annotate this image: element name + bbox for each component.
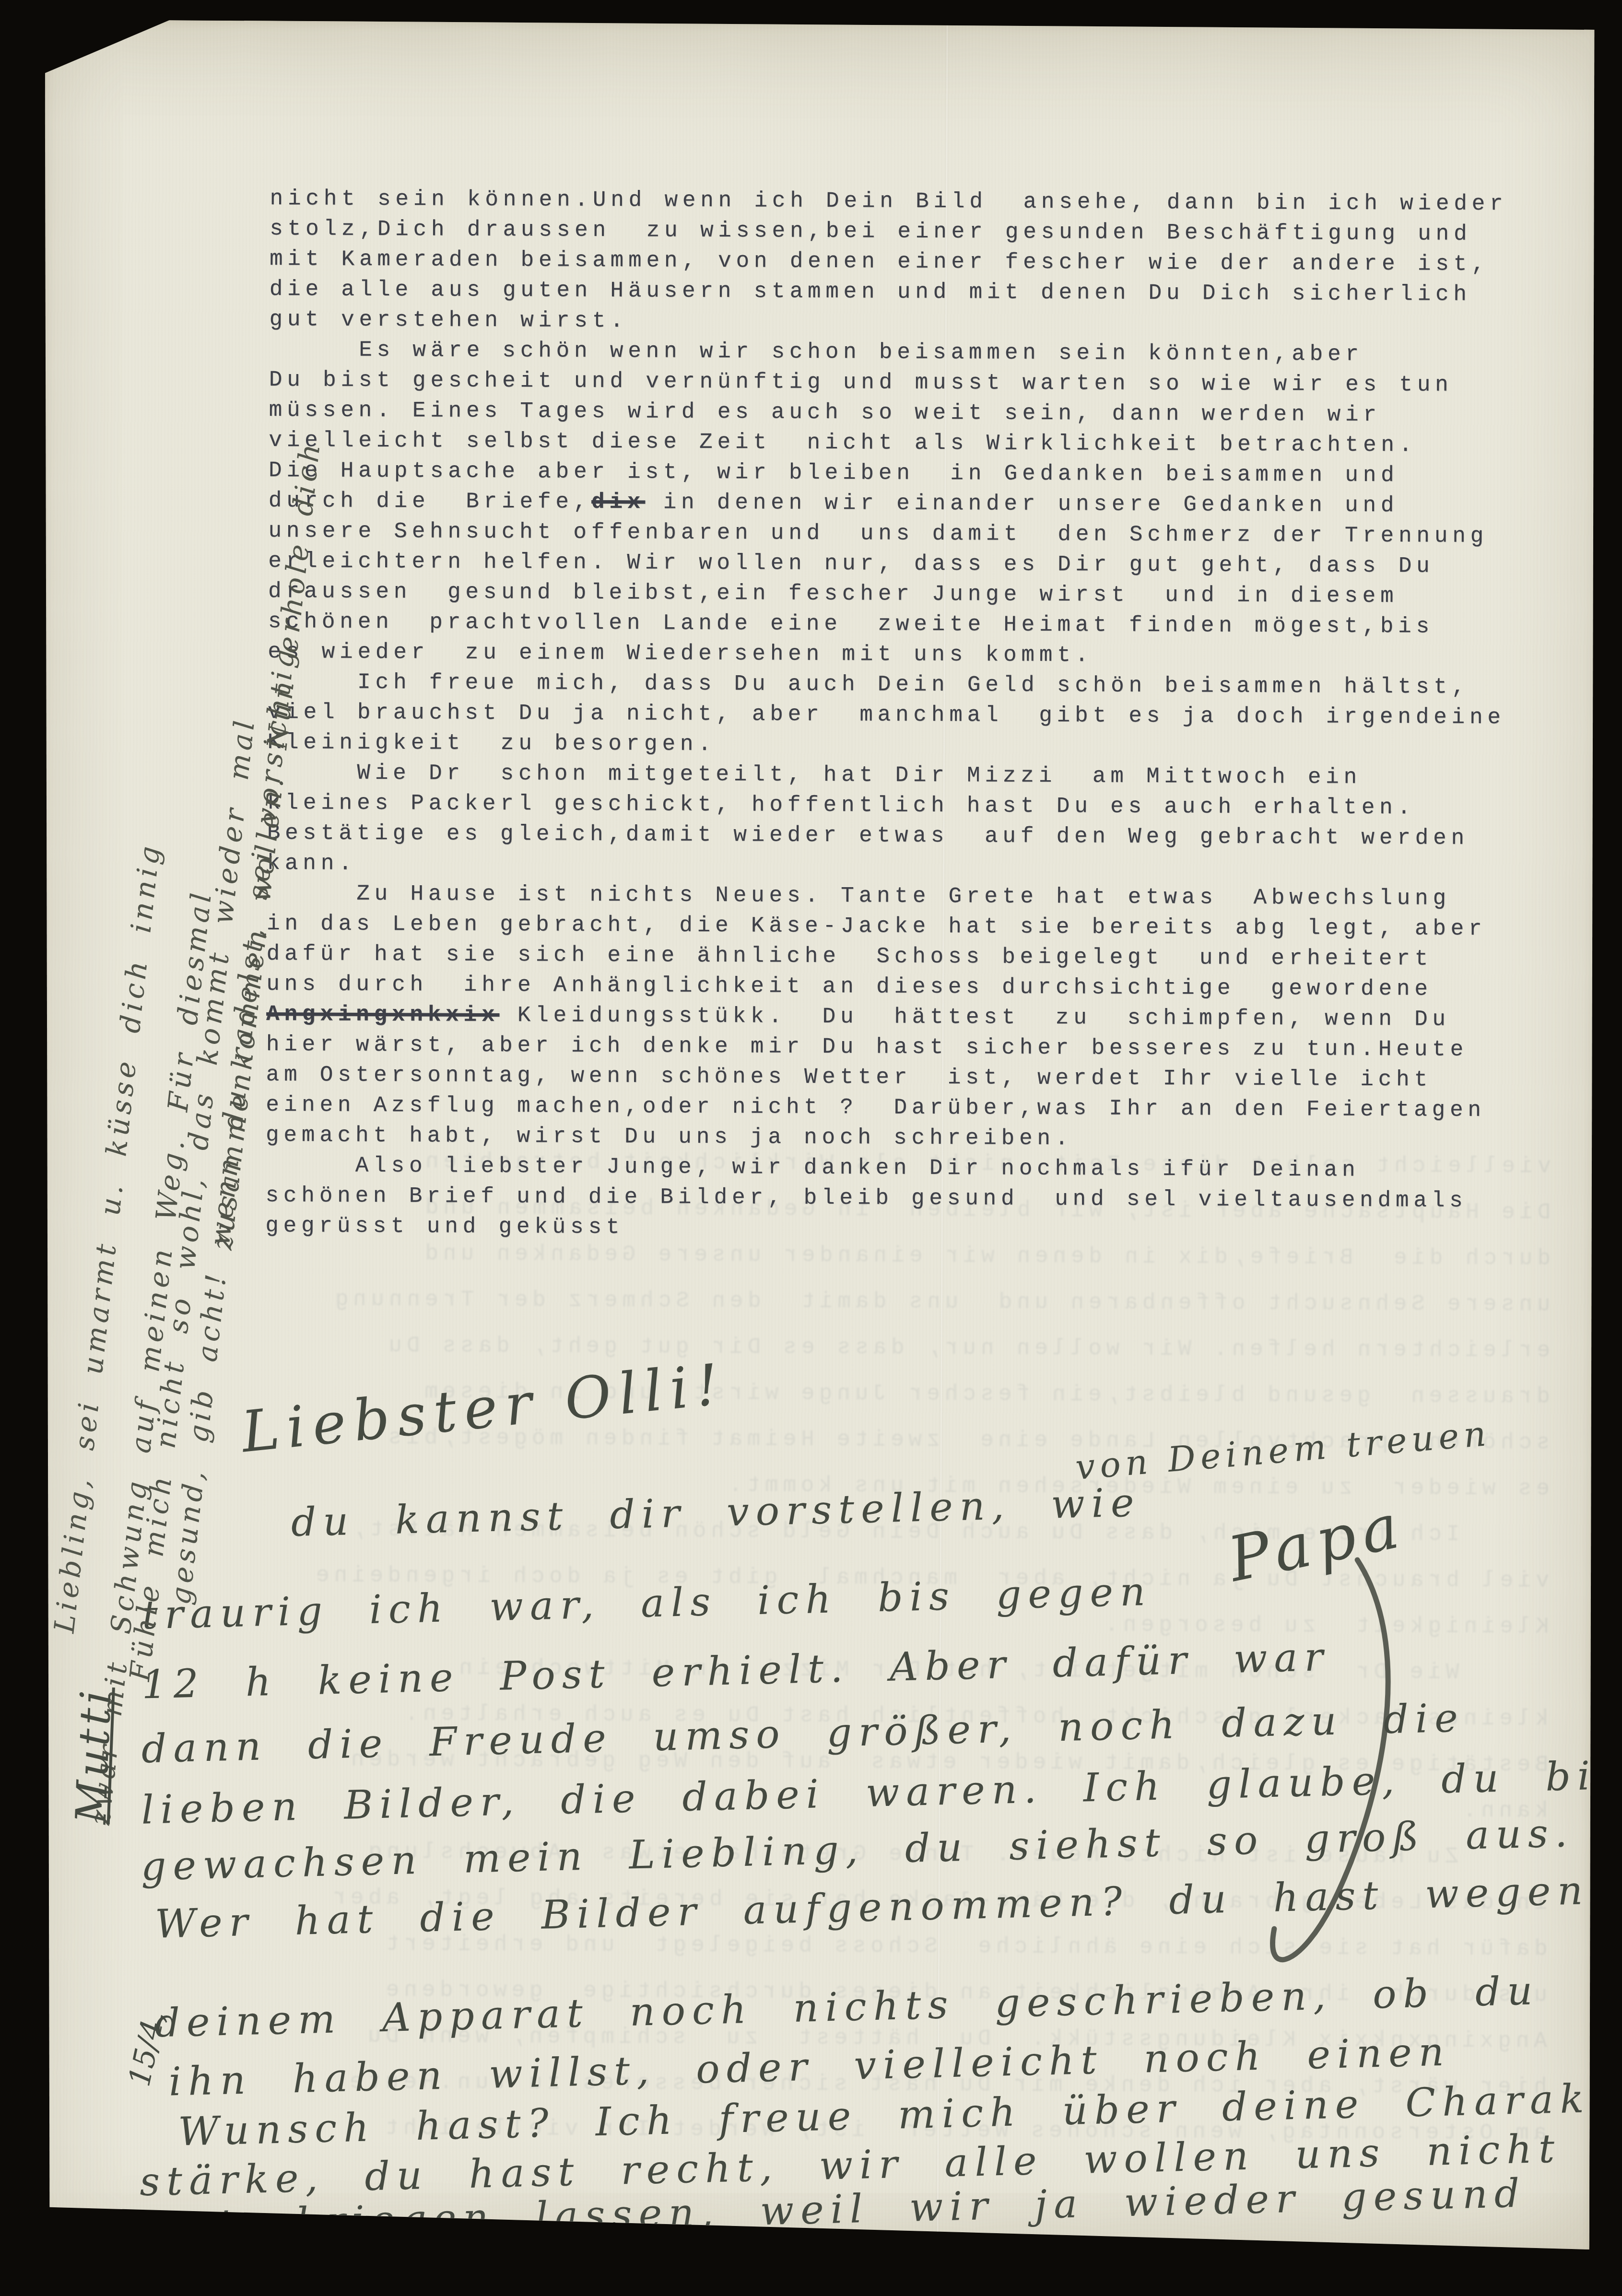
typed-line: einen Azsflug machen,oder nicht ? Darübe… <box>266 1090 1504 1125</box>
typed-line: hier wärst, aber ich denke mir Du hast s… <box>266 1030 1504 1065</box>
handwritten-body: du kannst dir vorstellen, wietraurig ich… <box>45 20 1599 26</box>
typed-line: viel brauchst Du ja nicht, aber manchmal… <box>268 697 1505 733</box>
typed-text: nicht sein können.Und wenn ich Dein Bild… <box>265 184 1508 1246</box>
mother-signature: Mutti <box>66 1686 121 1825</box>
typed-line: am Ostersonntag, wenn schönes Wetter ist… <box>266 1060 1504 1095</box>
typed-line: mit Kameraden beisammen, von denen einer… <box>270 244 1507 280</box>
typed-line: müssen. Eines Tages wird es auch so weit… <box>269 395 1506 431</box>
typed-line: schönen prachtvollen Lande eine zweite H… <box>268 607 1506 642</box>
typed-line: Du bist gescheit und vernünftig und muss… <box>269 365 1507 400</box>
typed-line: Bestätige es gleich,damit wieder etwas a… <box>267 818 1505 854</box>
margin-notes: zusammenkommen wollen. Nun erhole dichge… <box>45 20 1599 26</box>
typed-line: kann. <box>267 848 1504 884</box>
typed-line: dafür hat sie sich eine ähnliche Schoss … <box>267 939 1504 974</box>
father-signature: Papa <box>1222 1489 1411 1595</box>
typed-line: gut verstehen wirst. <box>269 305 1507 340</box>
handwritten-salutation: Liebster Olli! <box>238 1350 729 1465</box>
handwritten-closing: von Deinem treuen <box>1074 1413 1492 1488</box>
typed-line: Zu Hause ist nichts Neues. Tante Grete h… <box>267 879 1504 914</box>
typed-line: die alle aus guten Häusern stammen und m… <box>270 274 1507 310</box>
letter-paper: vielleicht selbst diese Zeit nicht als W… <box>35 20 1599 2256</box>
typed-line: kleines Packerl geschickt, hoffentlich h… <box>267 788 1505 823</box>
typed-line: schönen Brief und die Bilder, bleib gesu… <box>265 1181 1503 1216</box>
handwritten-line: traurig ich war, als ich bis gegen <box>141 1569 1152 1639</box>
typed-strikeout: dix <box>591 490 645 515</box>
typed-line: Angxingxnkxix Kleidungsstükk. Du hättest… <box>266 999 1504 1035</box>
typed-line: erleichtern helfen. Wir wollen nur, dass… <box>268 546 1506 582</box>
typed-line: gegrüsst und geküsst <box>265 1211 1503 1246</box>
typed-line: Wie Dr schon mitgeteilt, hat Dir Mizzi a… <box>267 758 1505 793</box>
scan-background: { "page": { "background_color": "#0c0a07… <box>0 0 1622 2296</box>
typed-line: nicht sein können.Und wenn ich Dein Bild… <box>270 184 1507 219</box>
typed-line: unsere Sehnsucht offenbaren und uns dami… <box>268 516 1506 551</box>
handwritten-line: 12 h keine Post erhielt. Aber dafür war <box>141 1634 1330 1708</box>
typed-line: Kleinigkeit zu besorgen. <box>267 727 1505 763</box>
typed-line: es wieder zu einem Wiedersehen mit uns k… <box>268 637 1505 672</box>
typed-line: durch die Briefe,dix in denen wir einand… <box>269 486 1506 521</box>
margin-date-note: 15/4, <box>121 2007 172 2089</box>
typed-line: gemacht habt, wirst Du uns ja noch schre… <box>266 1120 1504 1156</box>
typed-line: vielleicht selbst diese Zeit nicht als W… <box>269 425 1506 461</box>
typed-line: Also liebster Junge, wir danken Dir noch… <box>266 1150 1504 1186</box>
typed-line: draussen gesund bleibst,ein fescher Jung… <box>268 576 1506 612</box>
typed-line: Die Hauptsache aber ist, wir bleiben in … <box>269 456 1506 491</box>
typed-line: uns durch ihre Anhänglichkeit an dieses … <box>266 969 1504 1005</box>
handwritten-line: du kannst dir vorstellen, wie <box>291 1480 1141 1546</box>
typed-strikeout: Angxingxnkxix <box>266 1002 499 1028</box>
typed-line: stolz,Dich draussen zu wissen,bei einer … <box>270 214 1507 249</box>
typed-line: in das Leben gebracht, die Käse-Jacke ha… <box>267 909 1504 944</box>
typed-line: Es wäre schön wenn wir schon beisammen s… <box>269 335 1507 370</box>
typed-line: Ich freue mich, dass Du auch Dein Geld s… <box>268 667 1505 703</box>
